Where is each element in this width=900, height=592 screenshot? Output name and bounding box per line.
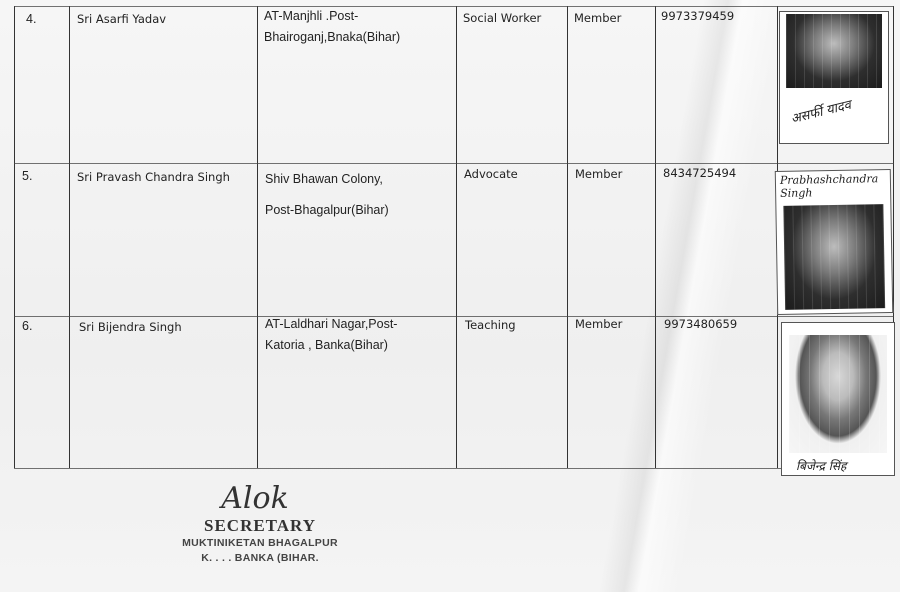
secretary-title: SECRETARY (160, 516, 360, 536)
column-divider (456, 6, 457, 468)
member-address: AT-Laldhari Nagar,Post- Katoria , Banka(… (265, 314, 397, 356)
member-occupation: Teaching (465, 316, 516, 335)
row-top-border (14, 6, 894, 7)
portrait-image (789, 335, 888, 453)
row-divider (14, 163, 894, 164)
member-occupation: Social Worker (463, 9, 541, 28)
scanned-page: 4. Sri Asarfi Yadav AT-Manjhli .Post- Bh… (0, 0, 900, 592)
serial-number: 5. (22, 167, 32, 186)
row-divider (14, 316, 894, 317)
member-address: AT-Manjhli .Post- Bhairoganj,Bnaka(Bihar… (264, 6, 400, 48)
serial-number: 6. (22, 317, 32, 336)
table-border-left (14, 6, 15, 468)
column-divider (655, 6, 656, 468)
member-name: Sri Asarfi Yadav (77, 10, 166, 29)
member-designation: Member (574, 9, 621, 28)
secretary-signature-block: Alok SECRETARY MUKTINIKETAN BHAGALPUR K.… (160, 482, 360, 566)
photo-signature: Prabhashchandra Singh (780, 172, 886, 200)
member-photo: असर्फी यादव (779, 11, 889, 144)
member-mobile: 8434725494 (663, 164, 736, 183)
photo-signature: बिजेन्द्र सिंह (796, 457, 846, 474)
column-divider (567, 6, 568, 468)
organization-name: MUKTINIKETAN BHAGALPUR (160, 536, 360, 551)
member-photo: Prabhashchandra Singh (775, 169, 893, 315)
organization-location: K. . . . BANKA (BIHAR. (160, 551, 360, 566)
portrait-image (783, 204, 885, 310)
row-bottom-border (14, 468, 894, 469)
member-mobile: 9973379459 (661, 7, 734, 26)
portrait-image (786, 14, 881, 88)
member-designation: Member (575, 315, 622, 334)
member-photo: बिजेन्द्र सिंह (781, 322, 895, 476)
member-mobile: 9973480659 (664, 315, 737, 334)
member-name: Sri Pravash Chandra Singh (77, 168, 230, 187)
member-occupation: Advocate (464, 165, 518, 184)
serial-number: 4. (26, 10, 36, 29)
member-address: Shiv Bhawan Colony, Post-Bhagalpur(Bihar… (265, 164, 389, 226)
member-designation: Member (575, 165, 622, 184)
handwritten-signature: Alok (150, 482, 360, 516)
column-divider (69, 6, 70, 468)
member-name: Sri Bijendra Singh (79, 318, 182, 337)
photo-signature: असर्फी यादव (789, 95, 853, 127)
column-divider (257, 6, 258, 468)
